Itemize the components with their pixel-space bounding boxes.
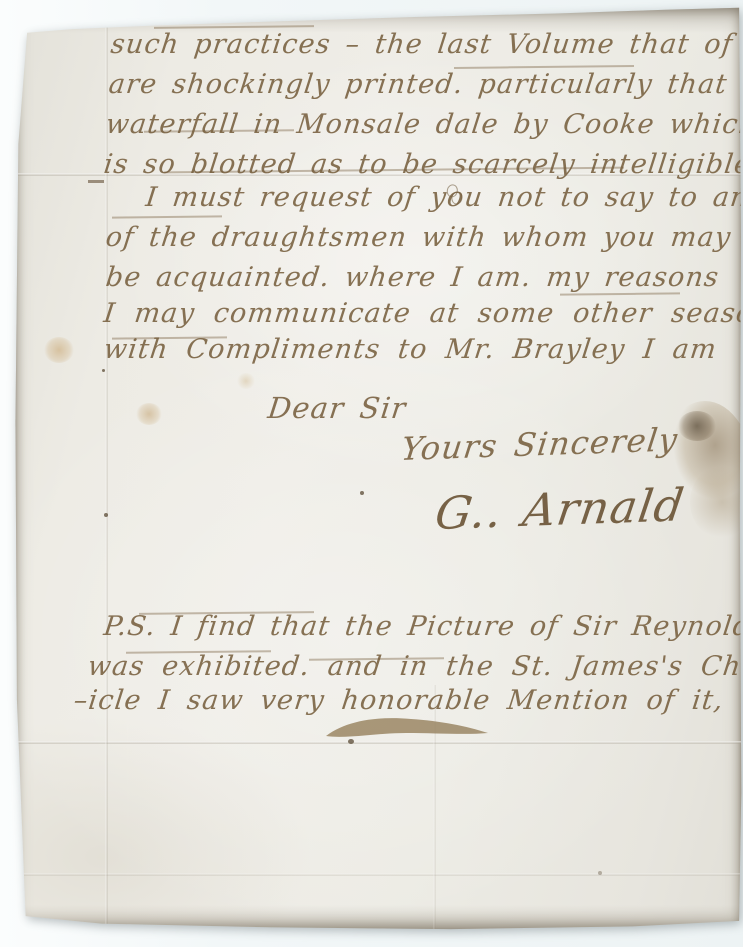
- postscript-line-3: –icle I saw very honorable Mention of it…: [72, 685, 726, 716]
- fold-crease-vertical: [105, 5, 108, 931]
- paper-stain-dark-core: [678, 411, 716, 441]
- ink-speck: [102, 369, 105, 372]
- ink-speck: [598, 871, 602, 875]
- body-line-9: with Compliments to Mr. Brayley I am: [102, 334, 719, 365]
- body-line-5: I must request of you not to say to any: [144, 182, 743, 213]
- body-line-4: is so blotted as to be scarcely intellig…: [102, 149, 743, 180]
- paper-wrap: such practices – the last Volume that of…: [0, 0, 743, 947]
- body-line-1: such practices – the last Volume that of…: [109, 29, 743, 60]
- fold-crease-horizontal: [14, 873, 742, 876]
- paper-stain: [44, 337, 74, 363]
- ink-speck: [360, 491, 364, 495]
- body-line-7: be acquainted. where I am. my reasons: [104, 262, 721, 293]
- postscript-line-1: P.S. I find that the Picture of Sir Reyn…: [102, 611, 743, 642]
- signature: G.. Arnald: [432, 478, 688, 540]
- ink-transfer-line: [112, 215, 222, 218]
- body-line-6: of the draughtsmen with whom you may: [104, 222, 733, 253]
- ink-speck: [104, 513, 108, 517]
- closing: Yours Sincerely: [399, 420, 680, 468]
- body-line-2: are shockingly printed. particularly tha…: [107, 69, 729, 100]
- body-line-8: I may communicate at some other season: [102, 298, 743, 329]
- letter-paper: such practices – the last Volume that of…: [14, 5, 742, 931]
- body-line-3: waterfall in Monsale dale by Cooke which: [104, 109, 743, 140]
- paper-stain: [236, 373, 256, 389]
- paper-stain: [136, 403, 162, 425]
- salutation: Dear Sir: [266, 391, 409, 425]
- margin-dash-mark: [88, 180, 104, 183]
- letter-scan: such practices – the last Volume that of…: [0, 0, 743, 947]
- postscript-line-2: was exhibited. and in the St. James's Ch…: [86, 651, 743, 682]
